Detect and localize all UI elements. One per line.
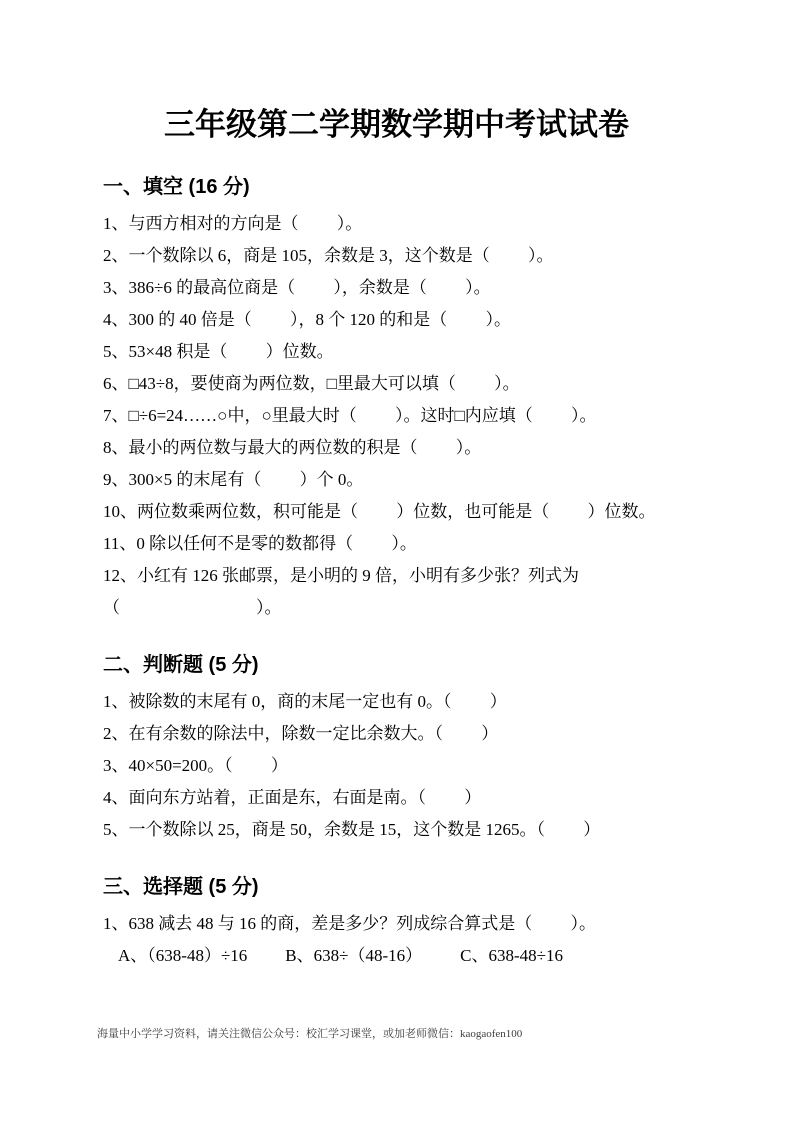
question-line: 4、300 的 40 倍是（ ），8 个 120 的和是（ ）。 [103,304,733,336]
question-line: 7、□÷6=24……○中，○里最大时（ ）。这时□内应填（ ）。 [103,400,733,432]
question-line: 3、40×50=200。（ ） [103,750,733,782]
question-line: 10、两位数乘两位数，积可能是（ ）位数，也可能是（ ）位数。 [103,496,733,528]
question-line: 8、最小的两位数与最大的两位数的积是（ ）。 [103,432,733,464]
question-line: 9、300×5 的末尾有（ ）个 0。 [103,464,733,496]
exam-page: 三年级第二学期数学期中考试试卷 一、填空 (16 分)1、与西方相对的方向是（ … [0,0,793,1122]
section-heading: 三、选择题 (5 分) [103,872,793,902]
question-line: 5、53×48 积是（ ）位数。 [103,336,733,368]
choice-option: C、638-48÷16 [460,946,563,965]
question-line: 2、在有余数的除法中，除数一定比余数大。（ ） [103,718,733,750]
section-heading: 二、判断题 (5 分) [103,650,793,680]
choice-option: A、（638-48）÷16 [118,946,247,965]
question-line: 5、一个数除以 25，商是 50，余数是 15，这个数是 1265。（ ） [103,814,733,846]
page-title: 三年级第二学期数学期中考试试卷 [0,0,793,146]
question-line: 12、小红有 126 张邮票，是小明的 9 倍，小明有多少张？列式为（ ）。 [103,560,733,624]
section-heading: 一、填空 (16 分) [103,172,793,202]
question-line: 1、被除数的末尾有 0，商的末尾一定也有 0。（ ） [103,686,733,718]
question-line: 2、一个数除以 6，商是 105，余数是 3，这个数是（ ）。 [103,240,733,272]
question-line: 3、386÷6 的最高位商是（ ），余数是（ ）。 [103,272,733,304]
question-line: 4、面向东方站着，正面是东，右面是南。（ ） [103,782,733,814]
question-line: 6、□43÷8，要使商为两位数，□里最大可以填（ ）。 [103,368,733,400]
question-line: 11、0 除以任何不是零的数都得（ ）。 [103,528,733,560]
question-line: 1、与西方相对的方向是（ ）。 [103,208,733,240]
choice-option: B、638÷（48-16） [285,946,422,965]
footer-note: 海量中小学学习资料，请关注微信公众号：校汇学习课堂，或加老师微信：kaogaof… [97,1026,522,1042]
question-line: 1、638 减去 48 与 16 的商，差是多少？列成综合算式是（ ）。 [103,908,733,940]
choice-options-row: A、（638-48）÷16B、638÷（48-16）C、638-48÷16 [118,940,793,972]
exam-body: 一、填空 (16 分)1、与西方相对的方向是（ ）。2、一个数除以 6，商是 1… [0,172,793,972]
